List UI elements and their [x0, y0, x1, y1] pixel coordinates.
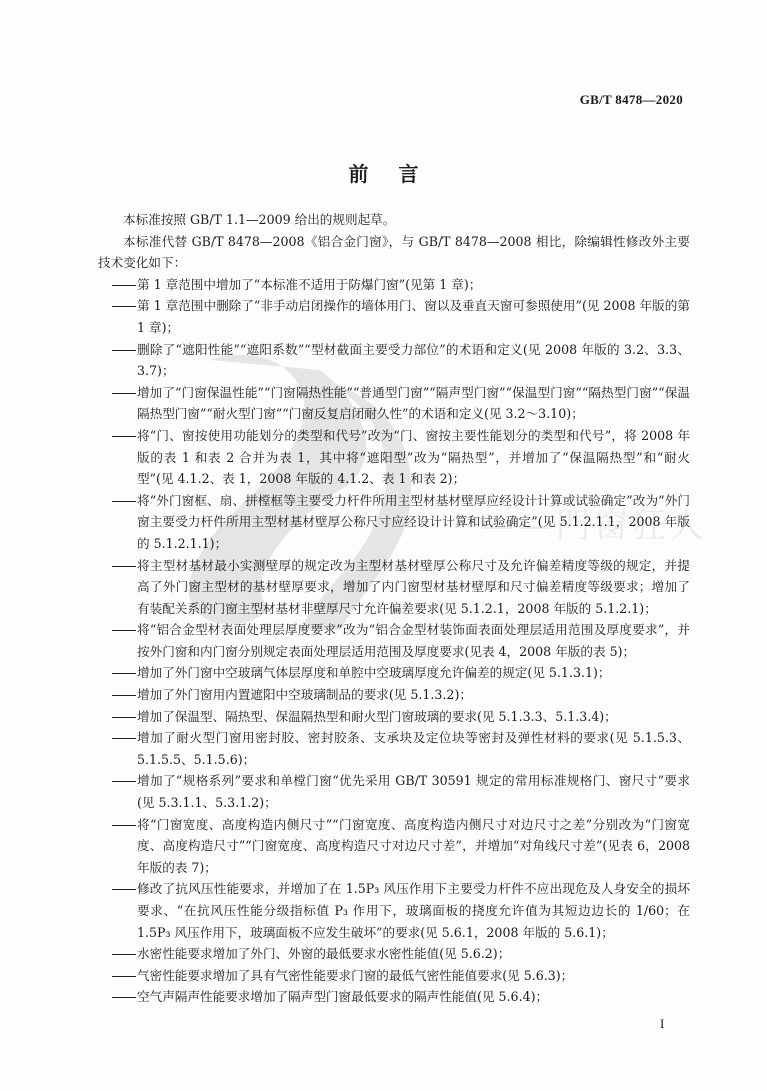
change-item: 将“铝合金型材表面处理层厚度要求”改为“铝合金型材装饰面表面处理层适用范围及厚度…	[98, 619, 690, 662]
change-item: 增加了外门窗中空玻璃气体层厚度和单腔中空玻璃厚度允许偏差的规定(见 5.1.3.…	[98, 662, 690, 684]
change-item: 水密性能要求增加了外门、外窗的最低要求水密性能值(见 5.6.2)；	[98, 943, 690, 965]
change-item: 将主型材基材最小实测壁厚的规定改为主型材基材壁厚公称尺寸及允许偏差精度等级的规定…	[98, 555, 690, 620]
change-item: 增加了外门窗用内置遮阳中空玻璃制品的要求(见 5.1.3.2)；	[98, 684, 690, 706]
change-item: 空气声隔声性能要求增加了隔声型门窗最低要求的隔声性能值(见 5.6.4)；	[98, 986, 690, 1008]
change-item: 增加了耐火型门窗用密封胶、密封胶条、支承块及定位块等密封及弹性材料的要求(见 5…	[98, 727, 690, 770]
change-item: 增加了保温型、隔热型、保温隔热型和耐火型门窗玻璃的要求(见 5.1.3.3、5.…	[98, 706, 690, 728]
change-item: 删除了“遮阳性能”“遮阳系数”“型材截面主要受力部位”的术语和定义(见 2008…	[98, 339, 690, 382]
change-item: 第 1 章范围中删除了“非手动启闭操作的墙体用门、窗以及垂直天窗可参照使用”(见…	[98, 295, 690, 338]
change-item: 修改了抗风压性能要求，并增加了在 1.5P₃ 风压作用下主要受力杆件不应出现危及…	[98, 878, 690, 943]
page-title: 前言	[0, 158, 767, 187]
foreword-body: 本标准按照 GB/T 1.1—2009 给出的规则起草。 本标准代替 GB/T …	[98, 209, 690, 1008]
standard-id: GB/T 8478—2020	[580, 92, 683, 108]
change-item: 将“外门窗框、扇、拼樘框等主要受力杆件所用主型材基材壁厚应经设计计算或试验确定”…	[98, 490, 690, 555]
change-item: 增加了“规格系列”要求和单樘门窗“优先采用 GB/T 30591 规定的常用标准…	[98, 770, 690, 813]
paragraph-drafting-rule: 本标准按照 GB/T 1.1—2009 给出的规则起草。	[98, 209, 690, 231]
change-item: 第 1 章范围中增加了“本标准不适用于防爆门窗”(见第 1 章)；	[98, 274, 690, 296]
change-item: 气密性能要求增加了具有气密性能要求门窗的最低气密性能值要求(见 5.6.3)；	[98, 965, 690, 987]
paragraph-replacement: 本标准代替 GB/T 8478—2008《铝合金门窗》，与 GB/T 8478—…	[98, 231, 690, 274]
page-number: I	[660, 1016, 664, 1032]
change-item: 将“门窗宽度、高度构造内侧尺寸”“门窗宽度、高度构造内侧尺寸对边尺寸之差”分别改…	[98, 814, 690, 879]
change-item: 增加了“门窗保温性能”“门窗隔热性能”“普通型门窗”“隔声型门窗”“保温型门窗”…	[98, 382, 690, 425]
change-item: 将“门、窗按使用功能划分的类型和代号”改为“门、窗按主要性能划分的类型和代号”，…	[98, 425, 690, 490]
